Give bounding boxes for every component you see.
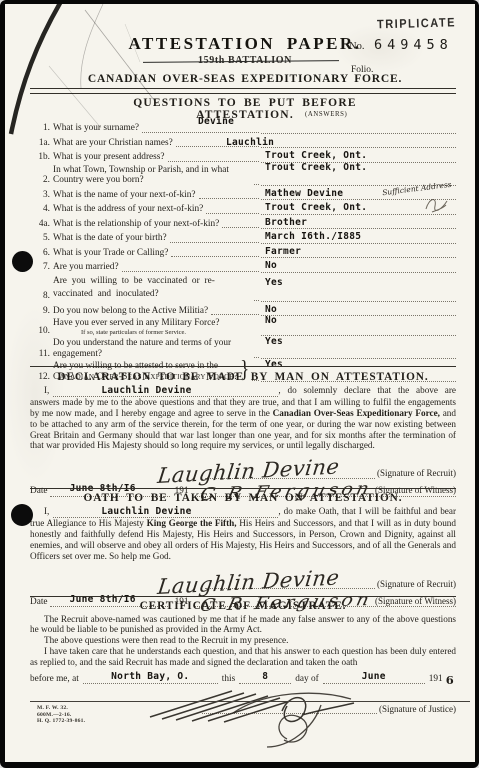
certificate-paragraph-3: I have taken care that he understands ea… [30,646,456,667]
questions-list: 1. What is your surname? Devine 1a. What… [30,121,456,384]
question-row: 11. Do you understand the nature and ter… [30,338,456,359]
question-number: 4. [30,204,53,215]
question-text: Have you ever served in any Military For… [53,318,220,328]
bottom-flourish-scribble [225,687,365,759]
answer-value: Trout Creek, Ont. [265,163,367,174]
certificate-paragraph-1: The Recruit above-named was cautioned by… [30,614,456,635]
question-number: 3. [30,190,53,201]
oath-name-line: Lauchlin Devine [53,506,278,519]
question-number: 1b. [30,152,53,163]
oath-name: Lauchlin Devine [101,506,191,517]
oath-heading: OATH TO BE TAKEN BY MAN ON ATTESTATION. [30,493,456,504]
print-code-line: H. Q. 1772-39-861. [37,718,85,725]
question-number: 11. [30,349,53,360]
question-text: Are you willing to be vaccinated or re-v… [53,275,251,302]
answer-value: No [265,261,277,272]
question-row: 1b. What is your present address? Trout … [30,150,456,163]
recruit-signature-row: Laughlin Devine (Signature of Recruit) [30,576,456,589]
recruit-signature: Laughlin Devine [157,572,340,592]
questions-heading: QUESTIONS TO BE PUT BEFORE ATTESTATION. [85,97,405,121]
question-number: 1. [30,123,53,134]
question-row: 8. Are you willing to be vaccinated or r… [30,275,456,302]
question-text: Are you married? [53,262,119,273]
question-text: Do you understand the nature and terms o… [53,338,251,359]
certificate-paragraph-2: The above questions were then read to th… [30,635,456,646]
question-text: What is the relationship of your next-of… [53,219,219,230]
question-number: 8. [30,291,53,302]
question-row: 2. In what Town, Township or Parish, and… [30,165,456,186]
oath-intro: I, [44,506,49,516]
question-row: 9. Do you now belong to the Active Milit… [30,304,456,317]
section-divider [30,596,456,597]
question-number: 4a. [30,219,53,230]
answer-value: Trout Creek, Ont. [265,203,367,214]
answer-value: Farmer [265,247,301,258]
answer-value: Mathew Devine [265,189,343,200]
question-number: 5. [30,233,53,244]
serial-number-label: No. [349,41,364,52]
question-number: 10. [30,326,53,337]
force-title: CANADIAN OVER-SEAS EXPEDITIONARY FORCE. [65,73,425,85]
question-number: 9. [30,306,53,317]
punch-hole [12,251,33,272]
question-text: What is your present address? [53,152,165,163]
section-divider [30,488,456,489]
margin-initials-scribble [422,193,452,215]
punch-hole [11,504,33,526]
justice-signature-label: (Signature of Justice) [377,704,456,715]
year-handwritten: 6 [443,675,454,686]
declaration-paragraph: I,Lauchlin Devine, do solemnly declare t… [30,385,456,451]
answer-value: Brother [265,218,307,229]
question-text: What is the address of your next-of-kin? [53,204,203,215]
question-row: 4. What is the address of your next-of-k… [30,202,456,215]
answer-value: March I6th./I885 [265,232,361,243]
answer-value: Lauchlin [226,138,274,149]
print-code-line: 600M.—2-16. [37,712,85,719]
question-number: 7. [30,262,53,273]
answer-value: Yes [265,360,283,371]
answers-column-label: (ANSWERS) [305,111,347,118]
question-row: 1. What is your surname? Devine [30,121,456,134]
oath-paragraph: I,Lauchlin Devine, do make Oath, that I … [30,506,456,562]
answer-value: No [265,316,277,327]
question-note: If so, state particulars of former Servi… [81,329,261,337]
question-text: What are your Christian names? [53,138,173,149]
declarant-name-line: Lauchlin Devine [53,385,278,398]
scanned-document: TRIPLICATE ATTESTATION PAPER. No. 649458… [0,0,479,768]
answer-value: Devine [198,117,234,128]
print-code-line: M. F. W. 32. [37,705,85,712]
year-prefix: 191 [425,674,443,685]
declaration-intro: I, [44,385,49,395]
question-text: Do you now belong to the Active Militia? [53,306,208,317]
question-number: 2. [30,175,53,186]
answer-value: Yes [265,337,283,348]
triplicate-stamp: TRIPLICATE [377,16,456,32]
declarant-name: Lauchlin Devine [101,385,191,396]
question-text: In what Town, Township or Parish, and in… [53,165,251,186]
declaration-heading: DECLARATION TO BE MADE BY MAN ON ATTESTA… [30,372,456,383]
answer-value: No [265,305,277,316]
answer-value: Yes [265,278,283,289]
answer-value: Trout Creek, Ont. [265,151,367,162]
recruit-signature-row: Laughlin Devine (Signature of Recruit) [30,466,456,479]
declaration-section: DECLARATION TO BE MADE BY MAN ON ATTESTA… [30,372,456,497]
question-row: 5. What is the date of your birth? March… [30,231,456,244]
recruit-signature-label: (Signature of Recruit) [375,579,456,590]
question-row: 6. What is your Trade or Calling? Farmer [30,246,456,259]
before-me-label: before me, at [30,674,83,685]
section-divider [30,366,456,367]
question-row: 10. Have you ever served in any Military… [30,318,456,336]
question-text: What is your surname? [53,123,139,134]
recruit-signature-label: (Signature of Recruit) [375,468,456,479]
question-number: 6. [30,248,53,259]
question-row: 4a. What is the relationship of your nex… [30,217,456,230]
question-text: What is your Trade or Calling? [53,248,168,259]
attestation-paper-page: TRIPLICATE ATTESTATION PAPER. No. 649458… [5,4,475,762]
question-text: What is the name of your next-of-kin? [53,190,196,201]
question-row: 7. Are you married? No [30,260,456,273]
oath-section: OATH TO BE TAKEN BY MAN ON ATTESTATION. … [30,493,456,607]
oath-body-bold: King George the Fifth, [147,518,237,528]
question-row: 1a. What are your Christian names? Lauch… [30,136,456,149]
certificate-heading: CERTIFICATE OF MAGISTRATE. [30,601,456,612]
question-number: 1a. [30,138,53,149]
header-divider [30,88,456,94]
recruit-signature: Laughlin Devine [157,462,340,482]
question-text: What is the date of your birth? [53,233,167,244]
declaration-body-bold: Canadian Over-Seas Expeditionary Force, [273,408,440,418]
serial-number-value: 649458 [374,37,453,53]
print-codes: M. F. W. 32. 600M.—2-16. H. Q. 1772-39-8… [37,705,85,725]
